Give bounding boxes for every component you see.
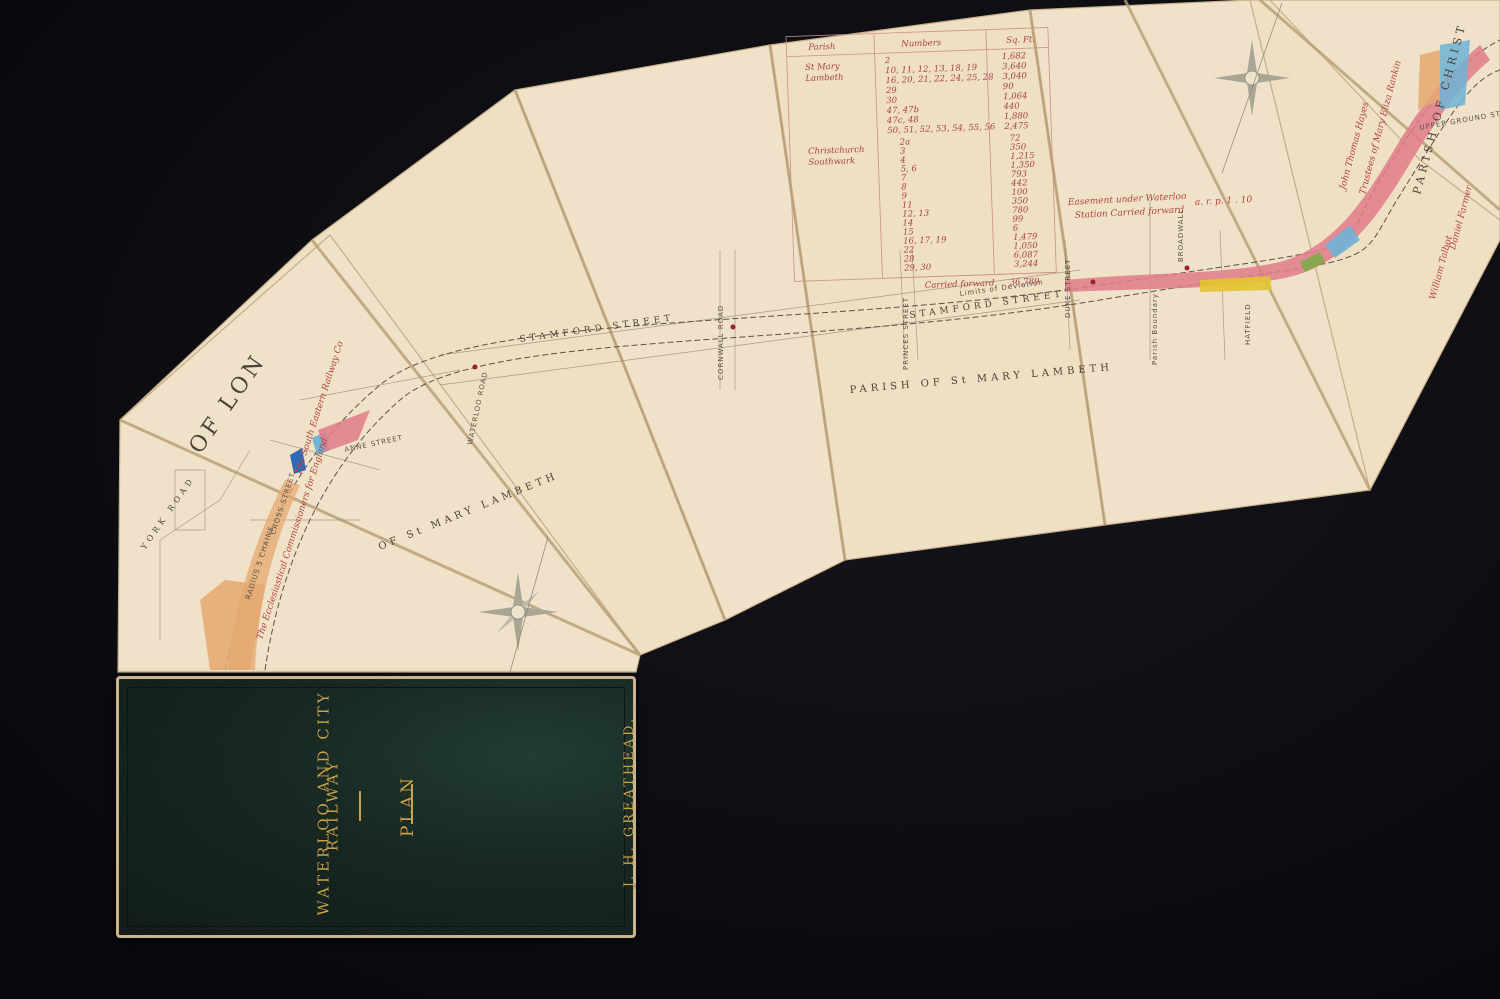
cover-subtitle: PLAN <box>398 775 418 837</box>
table-cell: 2,475 <box>1003 121 1029 132</box>
table-cell: 30 <box>886 96 898 106</box>
table-cell: 2 <box>884 56 891 66</box>
carried-forward-value: 36,789 <box>1010 277 1041 288</box>
duke-street-label: DUKE STREET <box>1064 259 1072 318</box>
princes-street-label: PRINCES STREET <box>902 297 910 370</box>
cover-rule-2 <box>411 784 413 824</box>
station-marker <box>1185 266 1190 271</box>
table-cell: 29 <box>885 86 898 96</box>
broadwall-label: BROADWALL <box>1177 209 1185 262</box>
cover-rule-1 <box>359 791 361 821</box>
station-marker <box>473 365 478 370</box>
cover-author: J. H. GREATHEAD. <box>622 716 637 887</box>
table-header-sqft: Sq. Ft. <box>1006 35 1035 46</box>
table-cell: 3,244 <box>1014 259 1039 270</box>
parish-name: St Mary <box>805 62 840 73</box>
book-cover[interactable]: WATERLOO AND CITY RAILWAY PLAN J. H. GRE… <box>116 676 636 938</box>
table-cell: 3,040 <box>1002 71 1027 82</box>
parish-name: Lambeth <box>804 73 843 84</box>
station-marker <box>731 325 736 330</box>
table-header-parish: Parish <box>807 42 835 53</box>
parish-name: Southwark <box>808 156 855 168</box>
table-cell: 440 <box>1002 101 1020 112</box>
parish-name: Christchurch <box>808 145 865 157</box>
table-header-numbers: Numbers <box>900 38 942 49</box>
hatfield-label: HATFIELD <box>1244 303 1252 345</box>
cover-title-line2: RAILWAY <box>323 759 341 852</box>
table-cell: 1,064 <box>1003 91 1028 102</box>
cornwall-road-label: CORNWALL ROAD <box>717 305 725 380</box>
table-cell: 90 <box>1003 82 1015 92</box>
cover-border <box>127 687 625 927</box>
parish-boundary-label: Parish Boundary <box>1151 293 1159 365</box>
station-marker <box>1091 280 1096 285</box>
table-cell: 29, 30 <box>903 263 932 274</box>
